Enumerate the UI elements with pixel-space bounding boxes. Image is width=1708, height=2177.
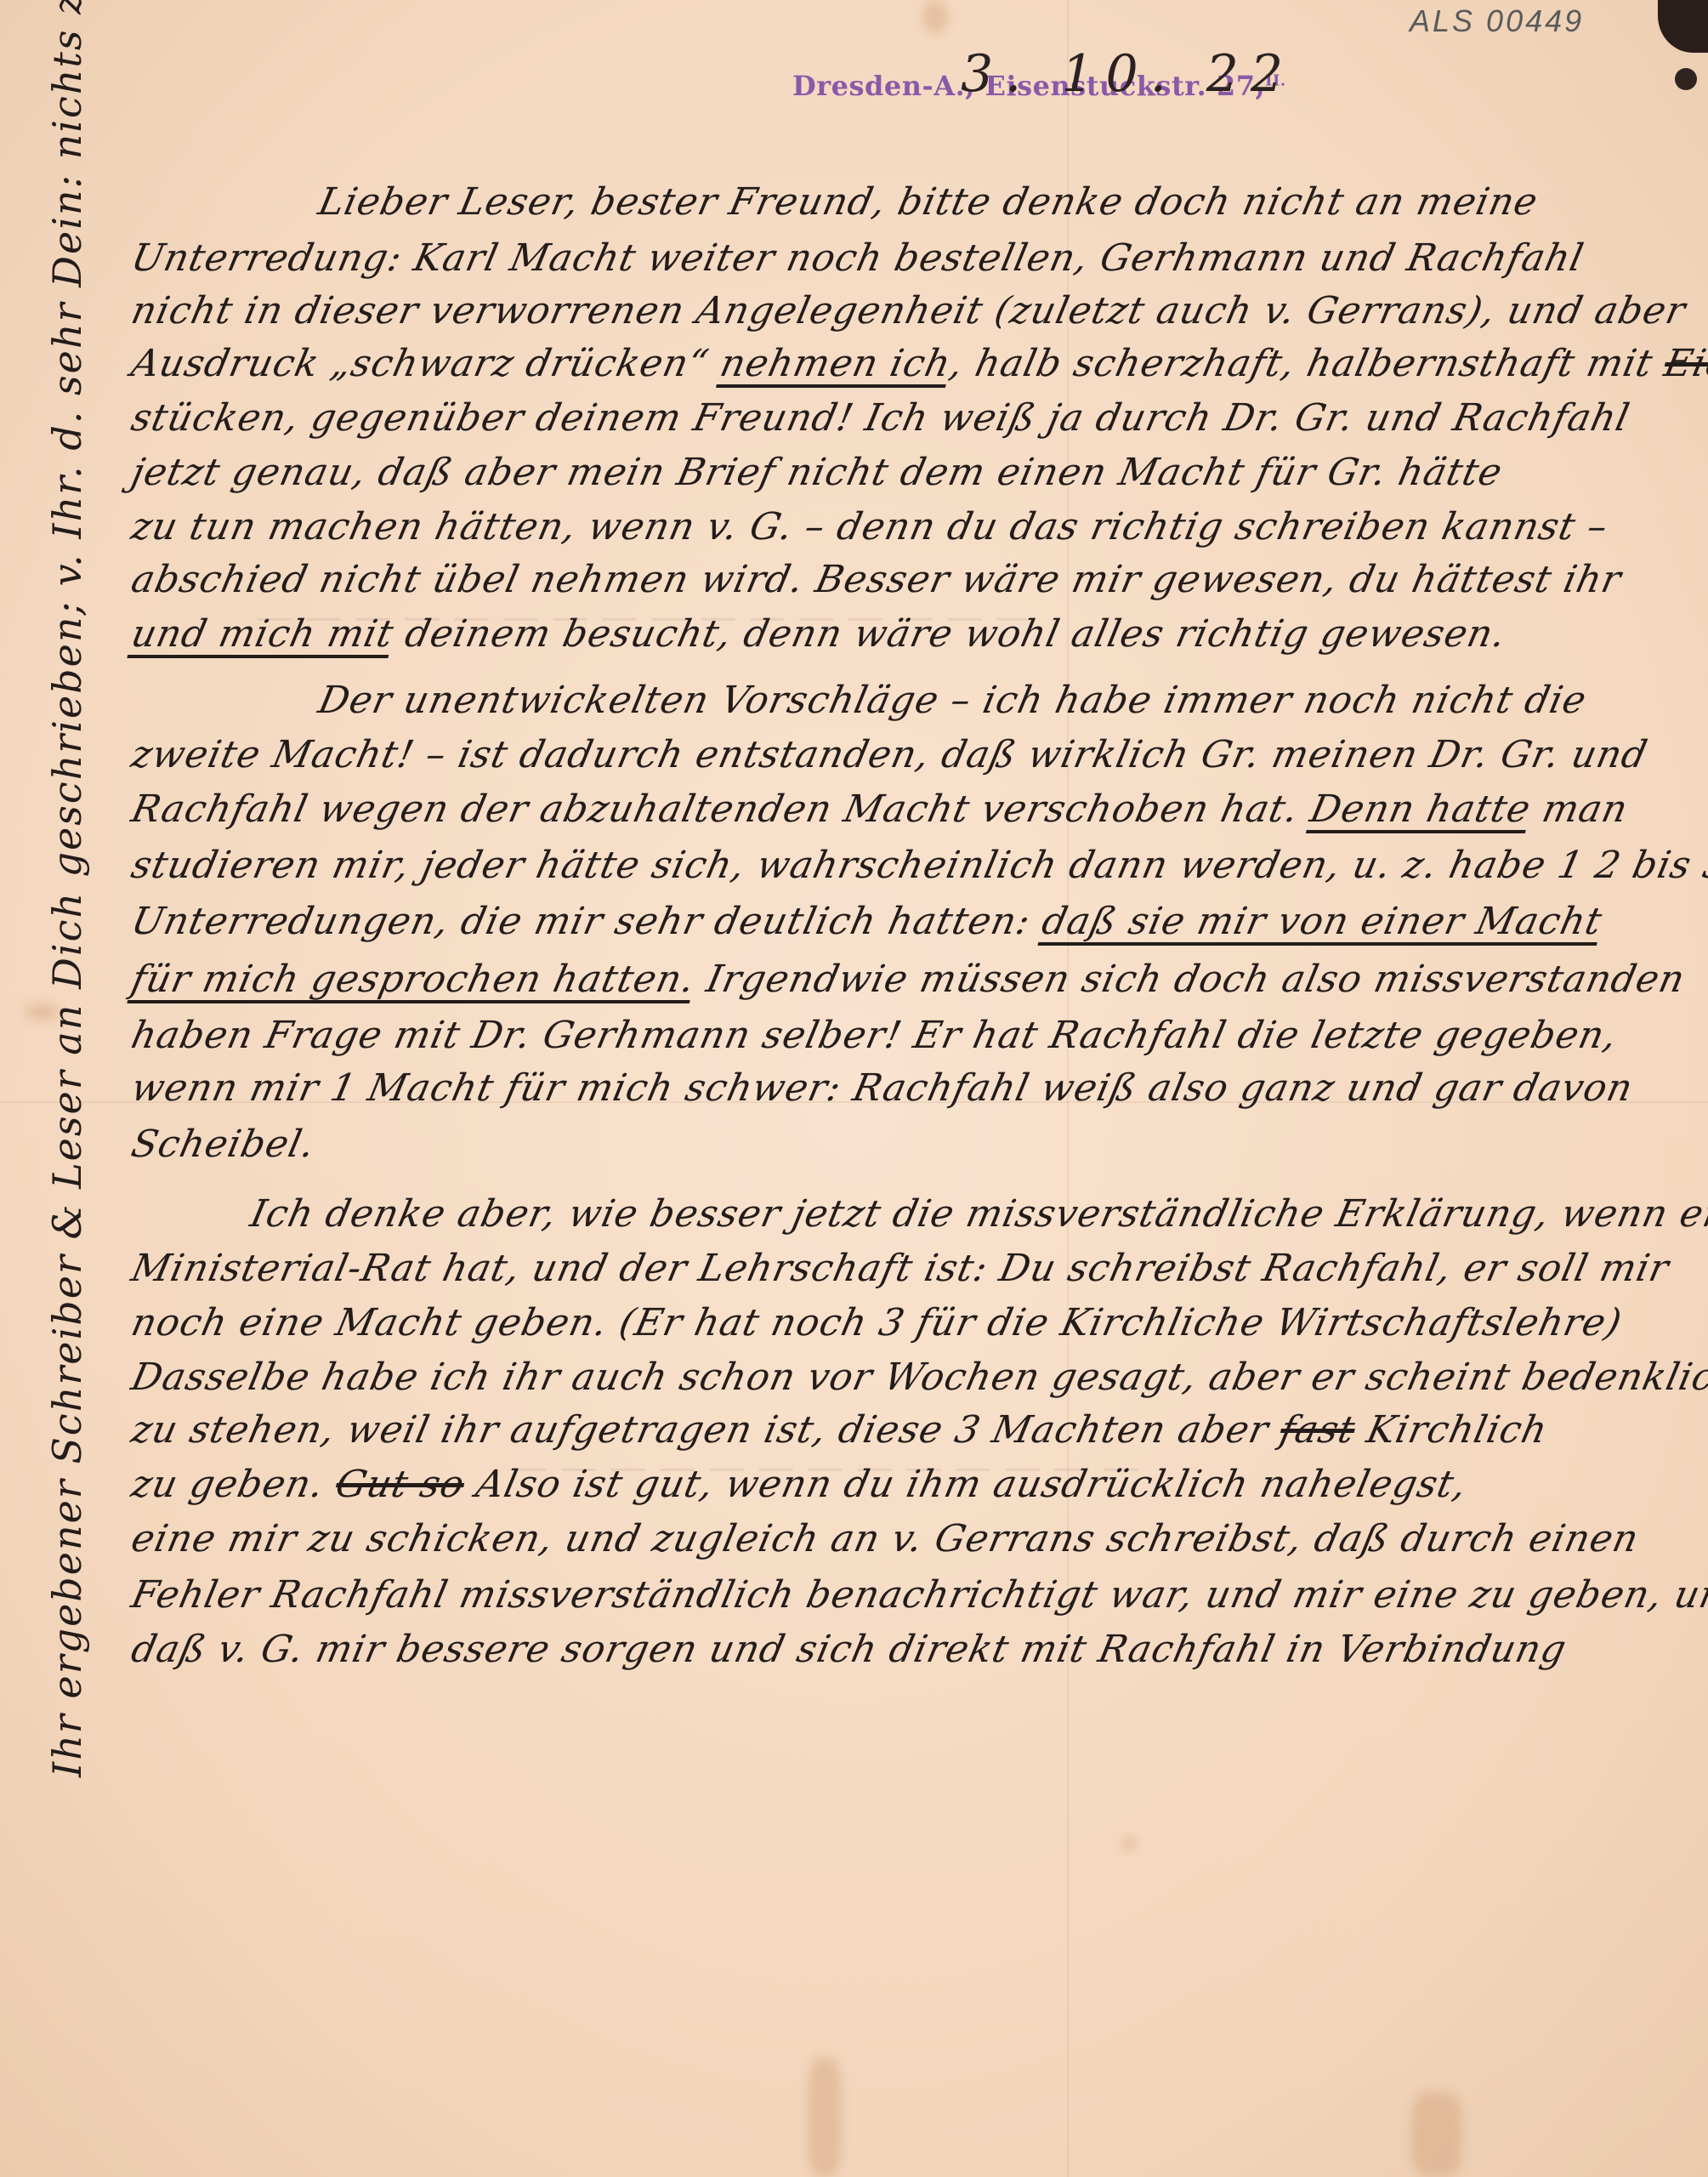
- letter-line: Unterredungen, die mir sehr deutlich hat…: [128, 900, 1606, 943]
- letter-line: Ministerial-Rat hat, und der Lehrschaft …: [128, 1247, 1673, 1290]
- letter-line-text: , halb scherzhaft, halbernsthaft mit: [946, 342, 1670, 385]
- archive-id: ALS 00449: [1410, 3, 1584, 39]
- letter-line: daß v. G. mir bessere sorgen und sich di…: [128, 1628, 1570, 1671]
- letter-line: jetzt genau, daß aber mein Brief nicht d…: [128, 451, 1507, 494]
- letter-line: eine mir zu schicken, und zugleich an v.…: [128, 1517, 1643, 1560]
- letter-line: Scheibel.: [128, 1123, 319, 1166]
- struck-word: Gut so: [332, 1463, 468, 1506]
- letter-line: Rachfahl wegen der abzuhaltenden Macht v…: [128, 787, 1632, 831]
- letter-line: haben Frage mit Dr. Gerhmann selber! Er …: [128, 1014, 1621, 1057]
- letter-line-text: zu stehen, weil ihr aufgetragen ist, die…: [128, 1408, 1285, 1452]
- letter-date: 3. 10. 22: [961, 44, 1295, 104]
- letter-line: wenn mir 1 Macht für mich schwer: Rachfa…: [128, 1066, 1637, 1110]
- underlined-phrase: daß sie mir von einer Macht: [1038, 900, 1606, 943]
- underlined-phrase: für mich gesprochen hatten.: [128, 958, 699, 1001]
- paper-tear-stain: [1658, 0, 1708, 53]
- letter-line: Unterredung: Karl Macht weiter noch best…: [128, 236, 1588, 280]
- punch-hole: [1675, 68, 1697, 90]
- letter-line-text: deinem besucht, denn wäre wohl alles ric…: [389, 612, 1510, 656]
- margin-note-vertical: Ihr ergebener Schreiber & Leser an Dich …: [44, 0, 90, 1777]
- letter-line: zweite Macht! – ist dadurch entstanden, …: [128, 733, 1652, 776]
- foxing-stain: [922, 0, 948, 34]
- struck-word: fast: [1276, 1408, 1359, 1452]
- letter-line-text: zu geben.: [128, 1463, 341, 1506]
- letter-line: stücken, gegenüber deinem Freund! Ich we…: [128, 396, 1634, 440]
- letter-line: zu geben. Gut so Also ist gut, wenn du i…: [128, 1463, 1471, 1506]
- underlined-phrase: nehmen ich: [717, 342, 956, 385]
- letter-line: Ausdruck „schwarz drücken“ nehmen ich, h…: [128, 342, 1708, 385]
- letter-line-text: Unterredungen, die mir sehr deutlich hat…: [128, 900, 1047, 943]
- letter-line: Der unentwickelten Vorschläge – ich habe…: [315, 679, 1591, 722]
- letter-line-text: Ausdruck „schwarz drücken“: [128, 342, 726, 385]
- struck-word: Eich: [1660, 342, 1708, 385]
- letter-line: Lieber Leser, bester Freund, bitte denke…: [315, 180, 1542, 224]
- letter-line: studieren mir, jeder hätte sich, wahrsch…: [128, 844, 1708, 887]
- foxing-stain: [808, 2058, 842, 2177]
- letter-line: abschied nicht übel nehmen wird. Besser …: [128, 558, 1626, 601]
- letter-line: zu tun machen hätten, wenn v. G. – denn …: [128, 505, 1612, 549]
- letter-line: Fehler Rachfahl missverständlich benachr…: [128, 1573, 1708, 1617]
- letter-line-text: Rachfahl wegen der abzuhaltenden Macht v…: [128, 787, 1315, 831]
- letter-line: noch eine Macht geben. (Er hat noch 3 fü…: [128, 1301, 1626, 1344]
- letter-line: nicht in dieser verworrenen Angelegenhei…: [128, 289, 1690, 333]
- letter-line: für mich gesprochen hatten. Irgendwie mü…: [128, 958, 1689, 1001]
- letter-line-text: Irgendwie müssen sich doch also missvers…: [690, 958, 1689, 1001]
- underlined-phrase: und mich mit: [128, 612, 398, 656]
- underlined-phrase: Denn hatte: [1307, 787, 1535, 831]
- foxing-stain: [1122, 1837, 1136, 1850]
- foxing-stain: [1411, 2092, 1462, 2177]
- letter-line-text: man: [1526, 787, 1632, 831]
- letter-line: Ich denke aber, wie besser jetzt die mis…: [247, 1192, 1708, 1236]
- letter-line: und mich mit deinem besucht, denn wäre w…: [128, 612, 1510, 656]
- letter-page: ALS 00449 Dresden-A., Eisenstuckstr. 27,…: [0, 0, 1708, 2177]
- letter-line-text: Also ist gut, wenn du ihm ausdrücklich n…: [459, 1463, 1471, 1506]
- letter-line-text: Kirchlich: [1350, 1408, 1552, 1452]
- letter-line: zu stehen, weil ihr aufgetragen ist, die…: [128, 1408, 1552, 1452]
- letter-line: Dasselbe habe ich ihr auch schon vor Woc…: [128, 1356, 1708, 1399]
